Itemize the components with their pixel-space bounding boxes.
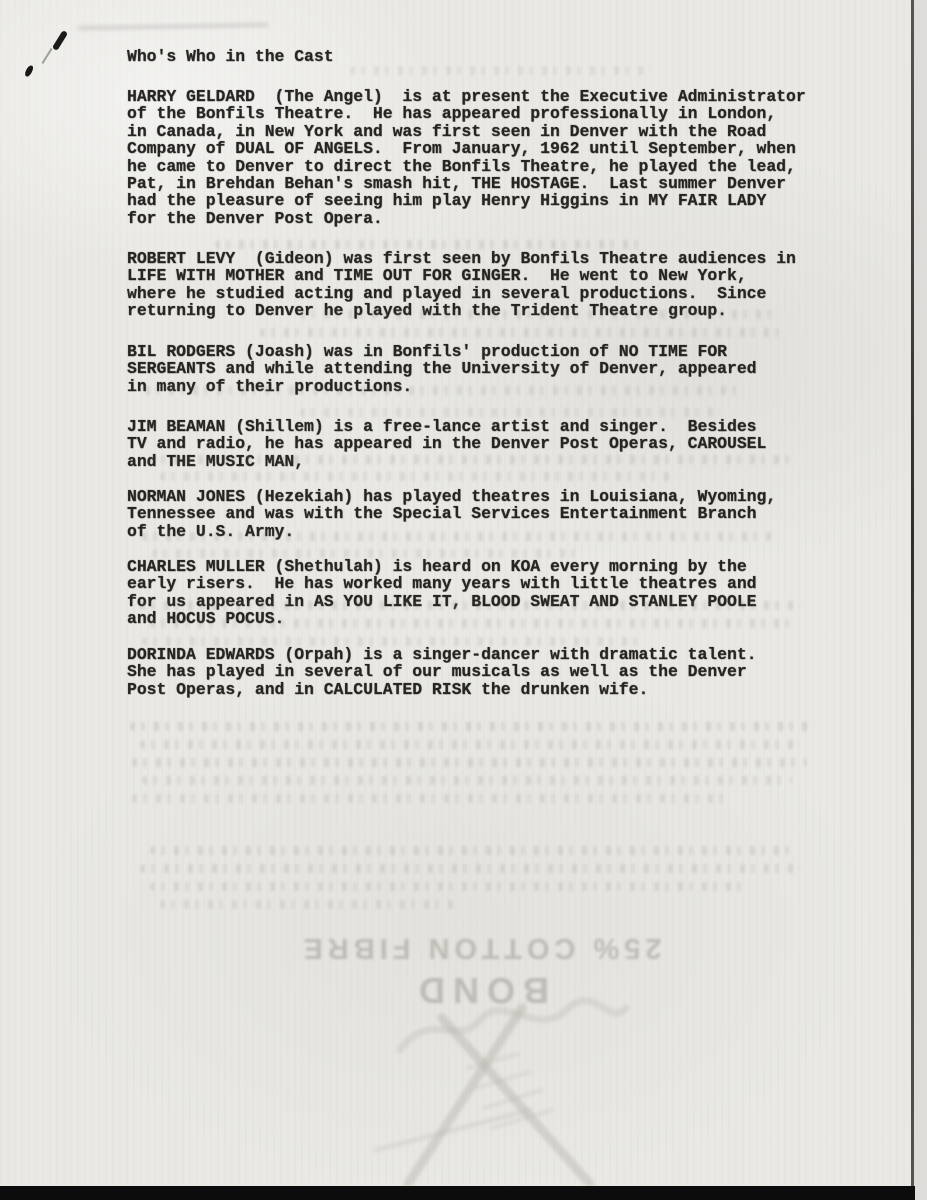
bleed-through-line <box>350 66 650 75</box>
bleed-through-line <box>130 722 810 731</box>
cast-bio-paragraph: DORINDA EDWARDS (Orpah) is a singer-danc… <box>127 646 867 698</box>
scanned-document: Who's Who in the Cast HARRY GELDARD (The… <box>0 0 927 1200</box>
bleed-through-line <box>132 794 732 803</box>
bleed-through-line <box>152 549 582 558</box>
bleed-through-line <box>300 408 720 417</box>
cast-bio-paragraph: CHARLES MULLER (Shethulah) is heard on K… <box>127 558 867 628</box>
page-title: Who's Who in the Cast <box>127 48 867 65</box>
scanner-bed <box>0 1186 915 1200</box>
bleed-through-line <box>145 386 745 395</box>
bleed-through-line <box>300 310 780 319</box>
bleed-through-line <box>140 864 800 873</box>
bleed-through-line <box>132 758 807 767</box>
pen-mark <box>24 64 34 77</box>
bleed-through-line <box>140 740 800 749</box>
pen-mark <box>52 30 68 51</box>
pencil-smudge <box>78 23 268 29</box>
bleed-through-line <box>142 776 792 785</box>
pen-mark <box>41 48 52 64</box>
bleed-through-line <box>215 240 645 249</box>
bleed-through-line <box>150 619 790 628</box>
cast-bio-paragraph: HARRY GELDARD (The Angel) is at present … <box>127 88 867 227</box>
bleed-through-line <box>140 601 800 610</box>
scanner-margin <box>914 0 927 1200</box>
bleed-through-line <box>150 882 750 891</box>
bleed-through-line <box>142 532 772 541</box>
watermark-fibre-text: 25% COTTON FIBRE <box>260 928 700 968</box>
bleed-through-line <box>150 455 790 464</box>
bleed-through-line <box>150 846 790 855</box>
paper-sheet: Who's Who in the Cast HARRY GELDARD (The… <box>0 0 913 1188</box>
bleed-through-line <box>260 328 780 337</box>
bleed-through-line <box>160 472 670 481</box>
bleed-through-line <box>160 900 460 909</box>
bleed-through-line <box>142 637 642 646</box>
watermark-emblem <box>280 990 700 1186</box>
